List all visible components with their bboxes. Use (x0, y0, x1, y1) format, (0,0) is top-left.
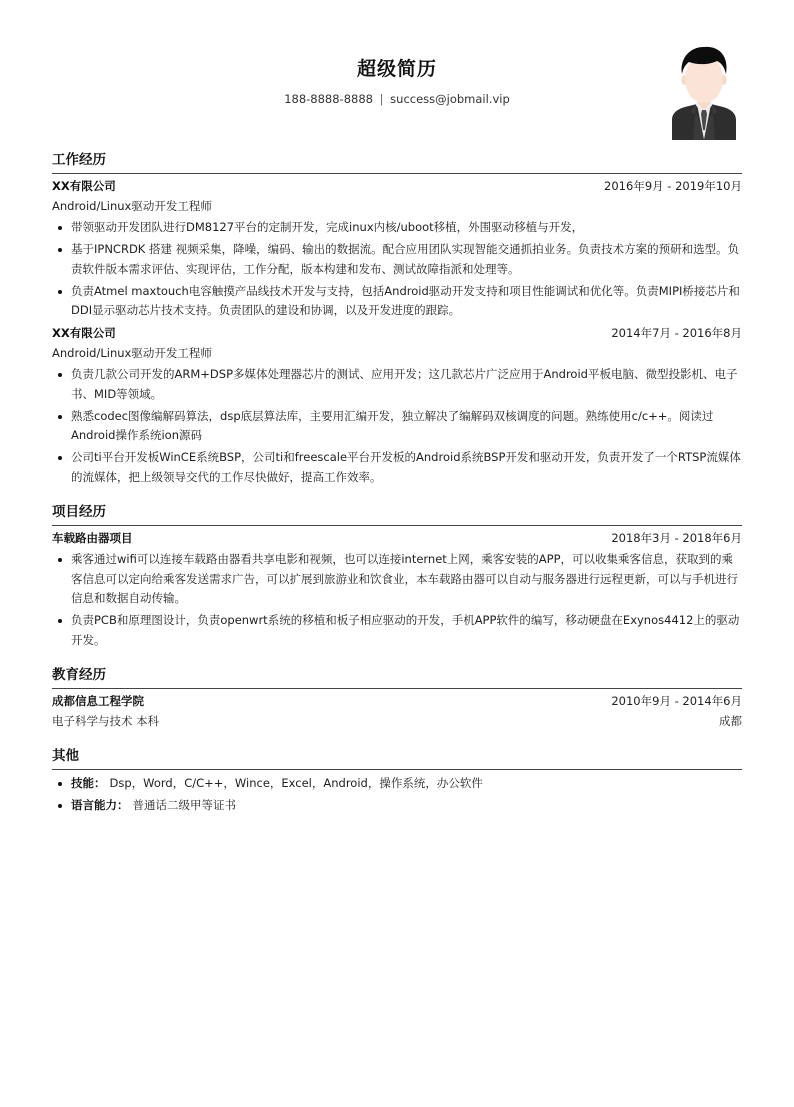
skills-label: 技能： (71, 776, 106, 790)
project-name: 车载路由器项目 (52, 528, 133, 548)
section-other: 其他 技能：Dsp，Word，C/C++，Wince，Excel，Android… (52, 746, 742, 818)
company-name: XX有限公司 (52, 176, 116, 196)
list-item-language: 语言能力：普通话二级甲等证书 (52, 796, 742, 816)
avatar-man-in-suit-icon (669, 44, 739, 140)
resume-header: 超级简历 188-8888-8888 | success@jobmail.vip (52, 56, 742, 107)
work-entry: XX有限公司 2016年9月 - 2019年10月 Android/Linux驱… (52, 176, 742, 321)
date-range: 2014年7月 - 2016年8月 (611, 323, 742, 343)
section-work-experience: 工作经历 XX有限公司 2016年9月 - 2019年10月 Android/L… (52, 150, 742, 490)
list-item: 负责Atmel maxtouch电容触摸产品线技术开发与支持，包括Android… (52, 282, 742, 321)
bullet-list: 负责几款公司开发的ARM+DSP多媒体处理器芯片的测试、应用开发；这几款芯片广泛… (52, 365, 742, 487)
work-entry: XX有限公司 2014年7月 - 2016年8月 Android/Linux驱动… (52, 323, 742, 487)
school-name: 成都信息工程学院 (52, 691, 144, 711)
email-address: success@jobmail.vip (390, 92, 510, 106)
date-range: 2018年3月 - 2018年6月 (611, 528, 742, 548)
candidate-name: 超级简历 (52, 56, 742, 82)
section-title: 教育经历 (52, 665, 742, 689)
list-item: 负责几款公司开发的ARM+DSP多媒体处理器芯片的测试、应用开发；这几款芯片广泛… (52, 365, 742, 404)
location: 成都 (719, 711, 742, 731)
section-project-experience: 项目经历 车载路由器项目 2018年3月 - 2018年6月 乘客通过wifi可… (52, 502, 742, 653)
major-degree: 电子科学与技术 本科 (52, 711, 159, 731)
list-item-skills: 技能：Dsp，Word，C/C++，Wince，Excel，Android，操作… (52, 774, 742, 794)
section-education: 教育经历 成都信息工程学院 2010年9月 - 2014年6月 电子科学与技术 … (52, 665, 742, 731)
list-item: 乘客通过wifi可以连接车载路由器看共享电影和视频，也可以连接internet上… (52, 550, 742, 609)
language-value: 普通话二级甲等证书 (133, 798, 237, 812)
skills-value: Dsp，Word，C/C++，Wince，Excel，Android，操作系统，… (110, 776, 483, 790)
bullet-list: 技能：Dsp，Word，C/C++，Wince，Excel，Android，操作… (52, 774, 742, 816)
contact-separator: | (380, 92, 384, 106)
date-range: 2010年9月 - 2014年6月 (611, 691, 742, 711)
bullet-list: 乘客通过wifi可以连接车载路由器看共享电影和视频，也可以连接internet上… (52, 550, 742, 650)
list-item: 带领驱动开发团队进行DM8127平台的定制开发，完成inux内核/uboot移植… (52, 218, 742, 238)
list-item: 公司ti平台开发板WinCE系统BSP，公司ti和freescale平台开发板的… (52, 448, 742, 487)
section-title: 项目经历 (52, 502, 742, 526)
job-title: Android/Linux驱动开发工程师 (52, 343, 212, 363)
education-entry: 成都信息工程学院 2010年9月 - 2014年6月 电子科学与技术 本科 成都 (52, 691, 742, 731)
bullet-list: 带领驱动开发团队进行DM8127平台的定制开发，完成inux内核/uboot移植… (52, 218, 742, 321)
list-item: 基于IPNCRDK 搭建 视频采集，降噪，编码、输出的数据流。配合应用团队实现智… (52, 240, 742, 279)
phone-number: 188-8888-8888 (284, 92, 373, 106)
company-name: XX有限公司 (52, 323, 116, 343)
list-item: 负责PCB和原理图设计，负责openwrt系统的移植和板子相应驱动的开发，手机A… (52, 611, 742, 650)
contact-line: 188-8888-8888 | success@jobmail.vip (52, 91, 742, 107)
language-label: 语言能力： (71, 798, 129, 812)
job-title: Android/Linux驱动开发工程师 (52, 196, 212, 216)
date-range: 2016年9月 - 2019年10月 (604, 176, 742, 196)
list-item: 熟悉codec图像编解码算法，dsp底层算法库，主要用汇编开发，独立解决了编解码… (52, 407, 742, 446)
section-title: 工作经历 (52, 150, 742, 174)
project-entry: 车载路由器项目 2018年3月 - 2018年6月 乘客通过wifi可以连接车载… (52, 528, 742, 650)
section-title: 其他 (52, 746, 742, 770)
